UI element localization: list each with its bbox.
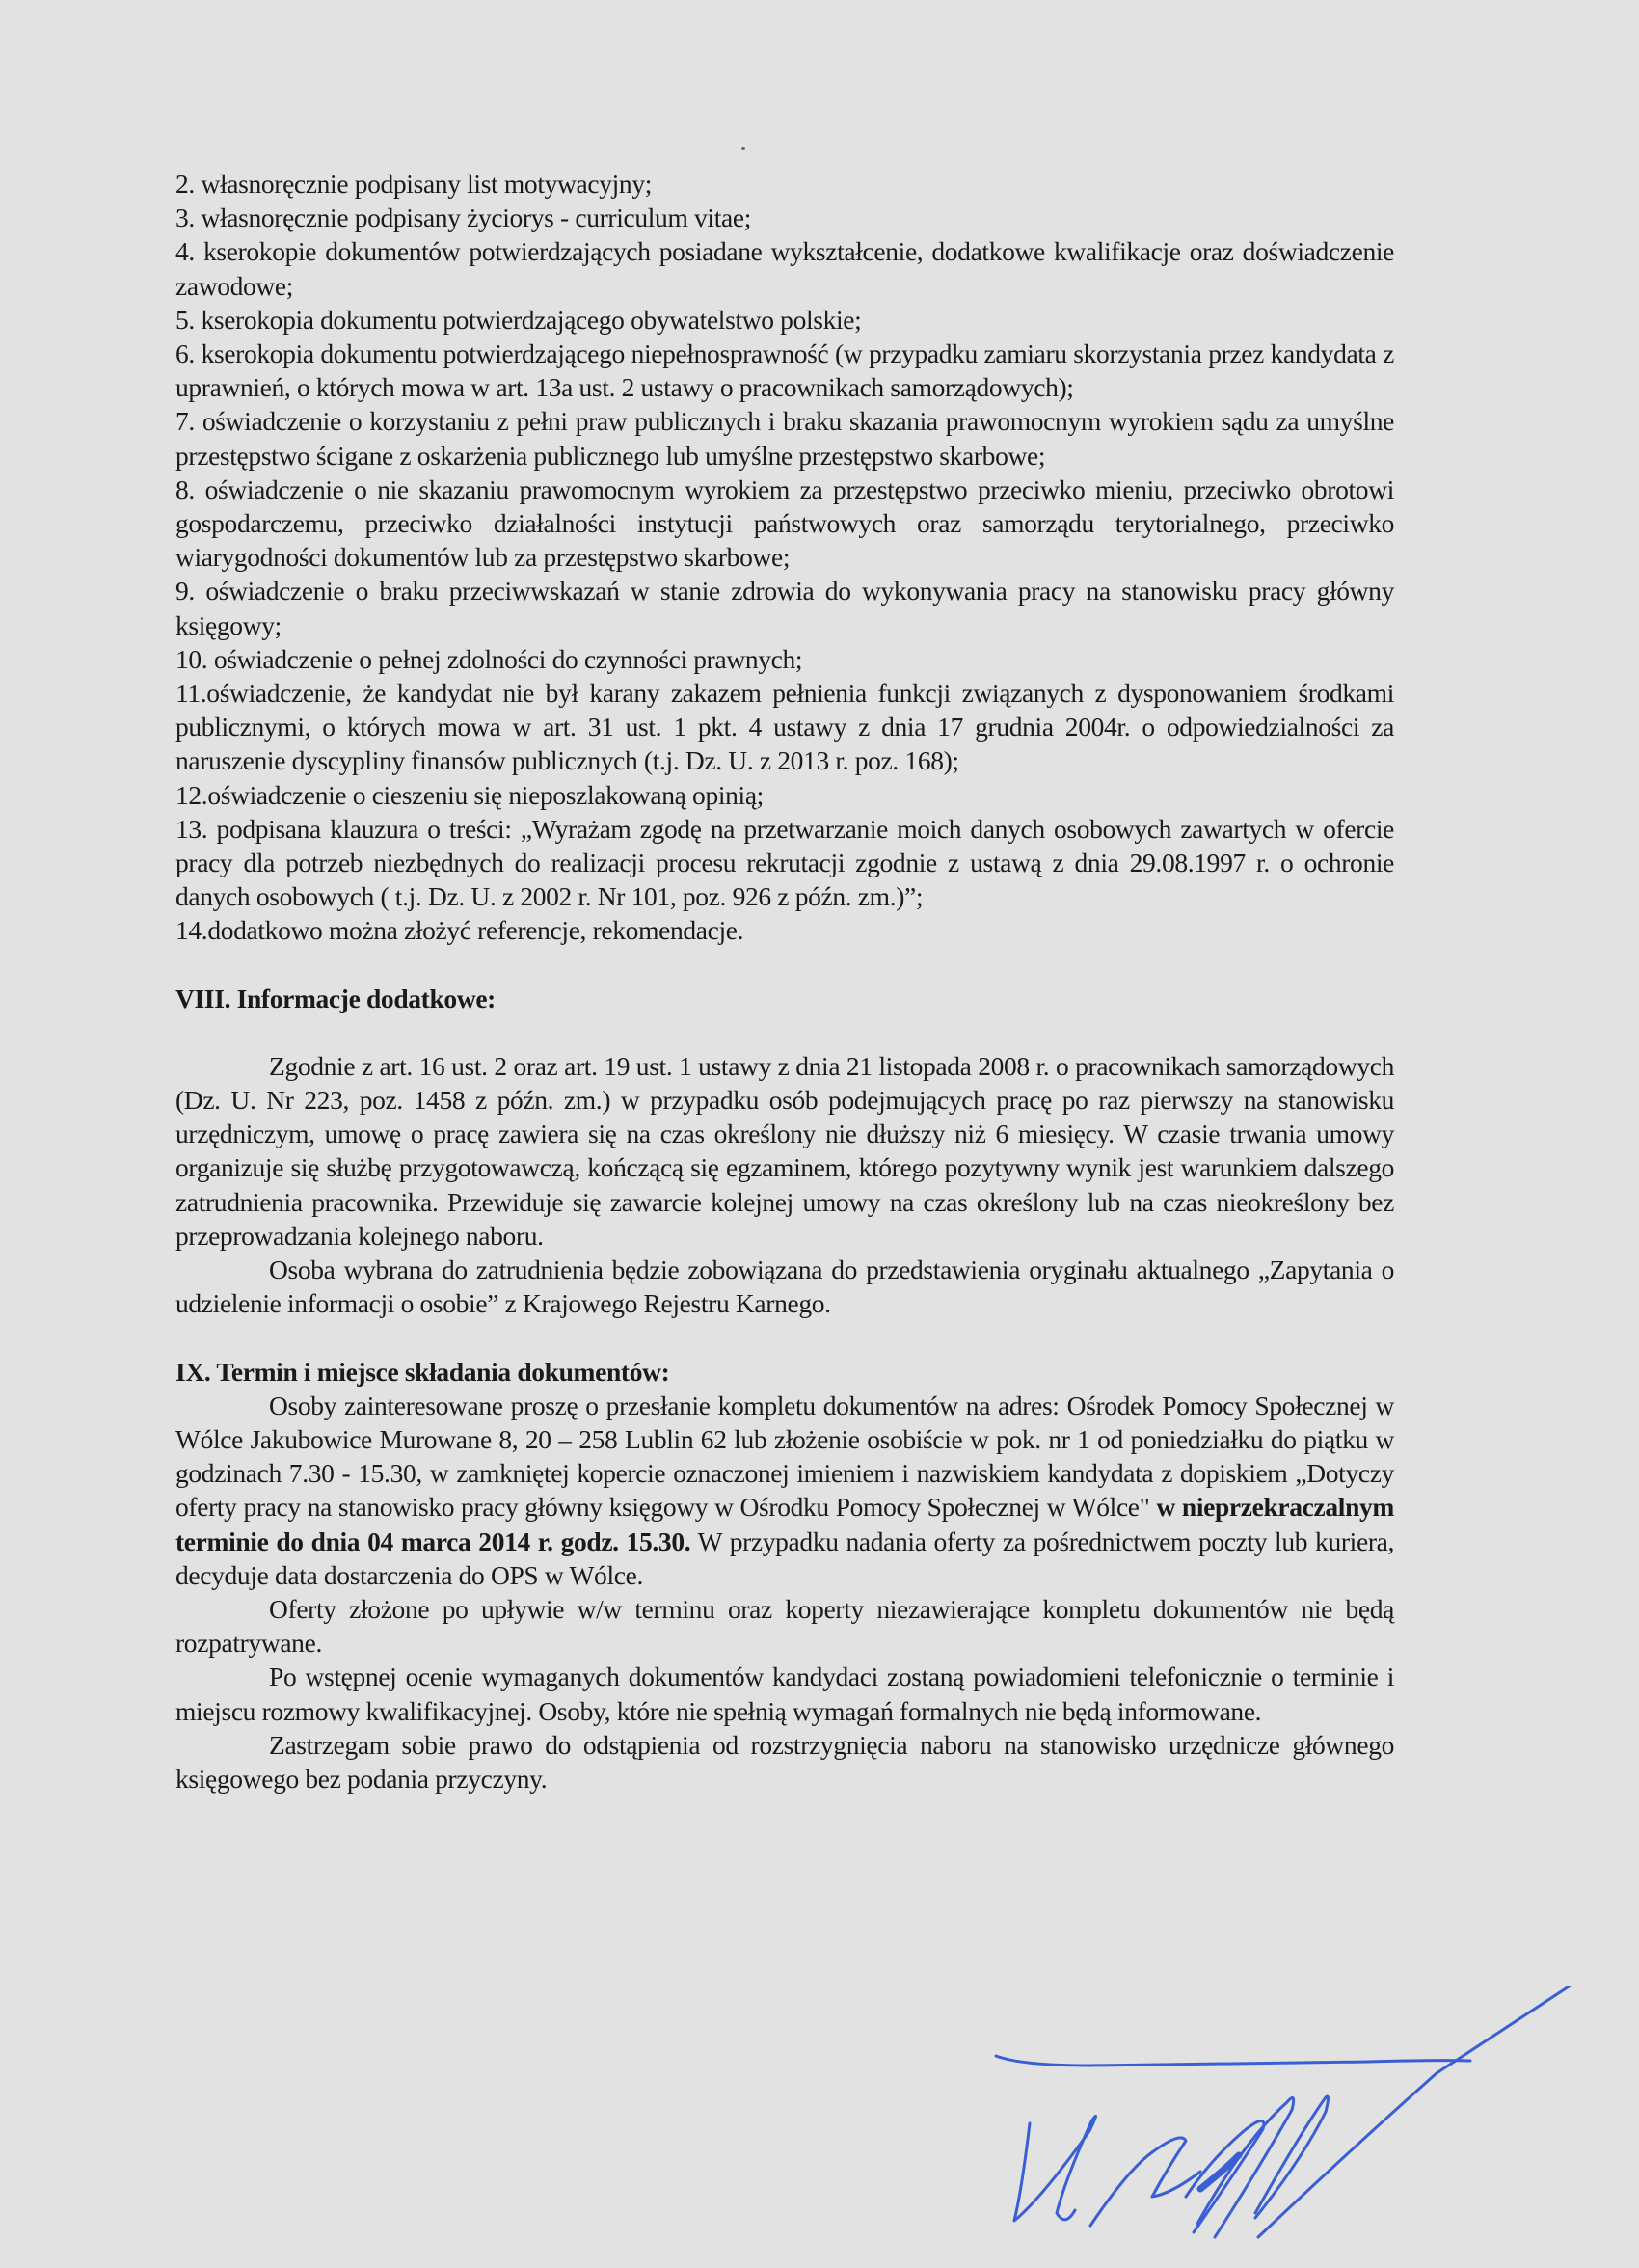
paragraph: Osoba wybrana do zatrudnienia będzie zob…: [175, 1253, 1394, 1320]
list-item: 3. własnoręcznie podpisany życiorys - cu…: [175, 201, 1394, 234]
list-item: 14.dodatkowo można złożyć referencje, re…: [175, 913, 1394, 947]
paragraph: Oferty złożone po upływie w/w terminu or…: [175, 1592, 1394, 1660]
list-item: 13. podpisana klauzura o treści: „Wyraża…: [175, 812, 1394, 914]
list-item: 7. oświadczenie o korzystaniu z pełni pr…: [175, 404, 1394, 472]
scan-speck: [741, 147, 745, 150]
handwritten-signature: [983, 1986, 1600, 2256]
section-submission-terms: IX. Termin i miejsce składania dokumentó…: [175, 1355, 1394, 1796]
list-item: 9. oświadczenie o braku przeciwwskazań w…: [175, 574, 1394, 641]
section-additional-info: VIII. Informacje dodatkowe: Zgodnie z ar…: [175, 982, 1394, 1321]
section-heading: IX. Termin i miejsce składania dokumentó…: [175, 1355, 1394, 1389]
section-heading: VIII. Informacje dodatkowe:: [175, 982, 1394, 1015]
list-item: 11.oświadczenie, że kandydat nie był kar…: [175, 676, 1394, 778]
paragraph: Po wstępnej ocenie wymaganych dokumentów…: [175, 1660, 1394, 1727]
list-item: 12.oświadczenie o cieszeniu się nieposzl…: [175, 778, 1394, 812]
list-item: 6. kserokopia dokumentu potwierdzającego…: [175, 337, 1394, 404]
list-item: 10. oświadczenie o pełnej zdolności do c…: [175, 642, 1394, 676]
paragraph: Zgodnie z art. 16 ust. 2 oraz art. 19 us…: [175, 1049, 1394, 1253]
list-item: 8. oświadczenie o nie skazaniu prawomocn…: [175, 472, 1394, 575]
paragraph-submission-address: Osoby zainteresowane proszę o przesłanie…: [175, 1389, 1394, 1592]
paragraph: Zastrzegam sobie prawo do odstąpienia od…: [175, 1728, 1394, 1795]
list-item: 5. kserokopia dokumentu potwierdzającego…: [175, 303, 1394, 337]
requirements-list: 2. własnoręcznie podpisany list motywacy…: [175, 167, 1394, 948]
list-item: 2. własnoręcznie podpisany list motywacy…: [175, 167, 1394, 201]
document-page: 2. własnoręcznie podpisany list motywacy…: [175, 167, 1394, 1795]
list-item: 4. kserokopie dokumentów potwierdzającyc…: [175, 234, 1394, 302]
